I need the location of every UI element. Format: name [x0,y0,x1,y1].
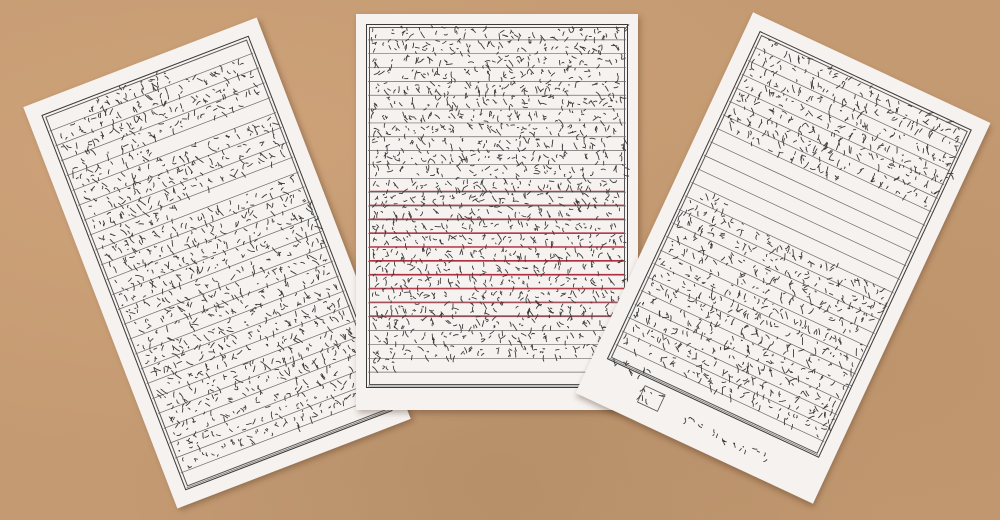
photo-scene: Three handwritten Chinese manuscript pag… [0,0,1000,520]
handwriting-left [23,17,410,508]
manuscript-page-left: 入党以后之体会 [23,17,410,508]
scene-description: Three handwritten Chinese manuscript pag… [0,0,1,1]
